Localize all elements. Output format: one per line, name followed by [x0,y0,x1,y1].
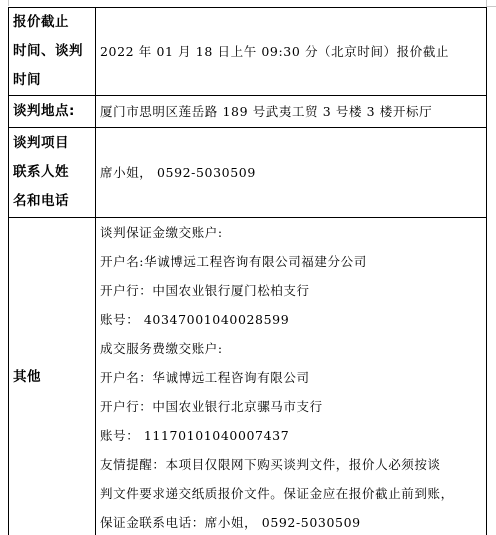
label-line: 其他 [13,363,95,392]
label-other: 其他 [9,218,96,535]
label-line: 谈判地点: [13,97,95,126]
table-row-location: 谈判地点: 厦门市思明区莲岳路 189 号武夷工贸 3 号楼 3 楼开标厅 [9,96,487,128]
label-contact: 谈判项目 联系人姓 名和电话 [9,128,96,218]
deposit-account-heading: 谈判保证金缴交账户: [100,218,486,247]
service-fee-account-heading: 成交服务费缴交账户: [100,334,486,363]
bid-info-table: 报价截止 时间、谈判 时间 2022 年 01 月 18 日上午 09:30 分… [8,7,487,535]
deadline-text: 2022 年 01 月 18 日上午 09:30 分（北京时间）报价截止 [100,37,486,66]
label-line: 时间、谈判 [13,37,95,66]
value-deadline: 2022 年 01 月 18 日上午 09:30 分（北京时间）报价截止 [96,8,487,96]
table-row-contact: 谈判项目 联系人姓 名和电话 席小姐， 0592-5030509 [9,128,487,218]
service-fee-account-number: 账号： 11170101040007437 [100,421,486,450]
value-contact: 席小姐， 0592-5030509 [96,128,487,218]
page-corner-mark-right [486,0,496,7]
reminder-line-2: 判文件要求递交纸质报价文件。保证金应在报价截止前到账， [100,479,486,508]
label-line: 报价截止 [13,8,95,37]
contact-text: 席小姐， 0592-5030509 [100,158,486,187]
value-location: 厦门市思明区莲岳路 189 号武夷工贸 3 号楼 3 楼开标厅 [96,96,487,128]
label-line: 联系人姓 [13,158,95,187]
label-line: 谈判项目 [13,129,95,158]
page-corner-mark-left [0,0,9,6]
label-line: 时间 [13,66,95,95]
location-text: 厦门市思明区莲岳路 189 号武夷工贸 3 号楼 3 楼开标厅 [100,97,486,126]
service-fee-account-bank: 开户行：中国农业银行北京骡马市支行 [100,392,486,421]
service-fee-account-name: 开户名：华诚博远工程咨询有限公司 [100,363,486,392]
deposit-account-name: 开户名:华诚博远工程咨询有限公司福建分公司 [100,247,486,276]
deposit-account-number: 账号： 40347001040028599 [100,305,486,334]
deposit-account-bank: 开户行：中国农业银行厦门松柏支行 [100,276,486,305]
label-deadline: 报价截止 时间、谈判 时间 [9,8,96,96]
value-other: 谈判保证金缴交账户: 开户名:华诚博远工程咨询有限公司福建分公司 开户行：中国农… [96,218,487,535]
reminder-line-3: 保证金联系电话：席小姐， 0592-5030509 [100,508,486,535]
label-line: 名和电话 [13,187,95,216]
table-row-other: 其他 谈判保证金缴交账户: 开户名:华诚博远工程咨询有限公司福建分公司 开户行：… [9,218,487,535]
label-location: 谈判地点: [9,96,96,128]
reminder-line-1: 友情提醒：本项目仅限网下购买谈判文件，报价人必须按谈 [100,450,486,479]
table-row-deadline: 报价截止 时间、谈判 时间 2022 年 01 月 18 日上午 09:30 分… [9,8,487,96]
